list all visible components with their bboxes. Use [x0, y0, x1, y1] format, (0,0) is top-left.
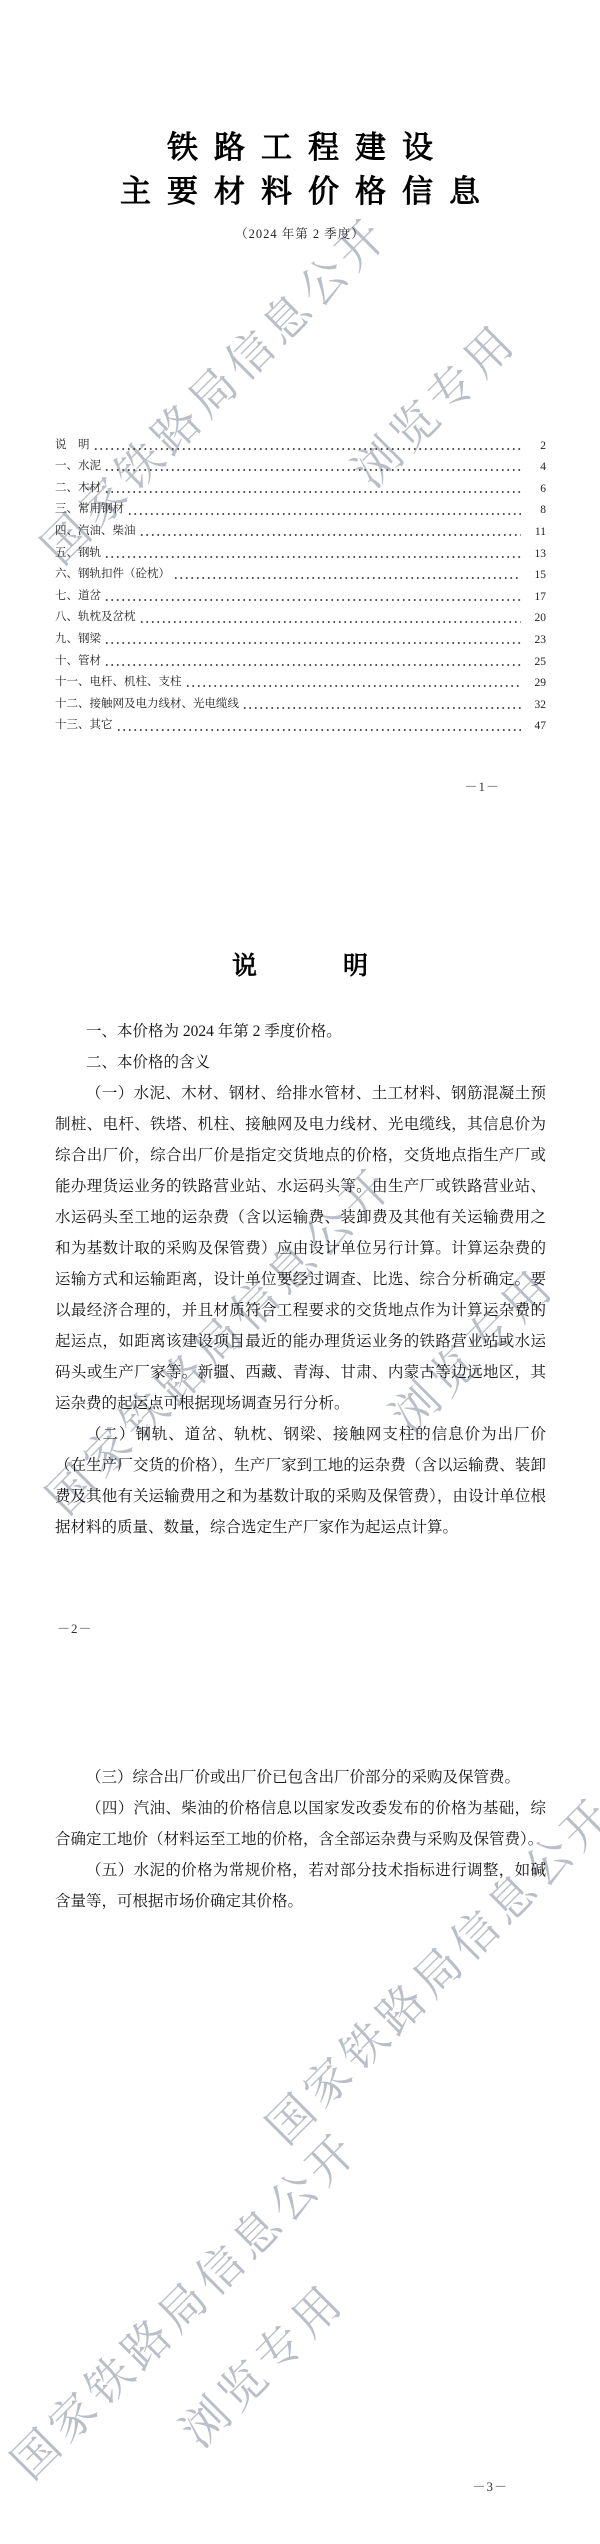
toc-leader-dots	[104, 550, 521, 562]
toc-leader-dots	[173, 572, 521, 584]
document-title-line-2: 主要材料价格信息	[0, 166, 600, 211]
toc-leader-dots	[127, 507, 521, 519]
toc-entry: 十、管材 25	[55, 648, 546, 670]
toc-entry-page-number: 6	[524, 483, 546, 497]
toc-entry-label: 五、钢轨	[55, 544, 101, 562]
toc-entry: 五、钢轨 13	[55, 540, 546, 562]
page-number-3: －3－	[472, 2476, 508, 2495]
toc-entry: 说 明 2	[55, 432, 546, 454]
toc-entry-label: 九、钢梁	[55, 630, 101, 648]
toc-entry: 三、常用钢材 8	[55, 497, 546, 519]
toc-entry-label: 十三、其它	[55, 716, 113, 734]
toc-entry: 二、木材 6	[55, 475, 546, 497]
toc-leader-dots	[242, 701, 521, 713]
toc-entry-page-number: 29	[524, 677, 546, 691]
toc-entry-page-number: 2	[524, 440, 546, 454]
toc-leader-dots	[104, 658, 521, 670]
document-subtitle: （2024 年第 2 季度）	[0, 224, 600, 242]
table-of-contents: 说 明 2 一、水泥 4 二、木材 6 三、常用钢材 8	[55, 432, 546, 734]
toc-entry-label: 四、汽油、柴油	[55, 522, 136, 540]
notes-paragraph: （二）钢轨、道岔、轨枕、钢梁、接触网支柱的信息价为出厂价（在生产厂交货的价格），…	[55, 1419, 546, 1543]
toc-entry-page-number: 20	[524, 612, 546, 626]
notes-body-page-2: 一、本价格为 2024 年第 2 季度价格。 二、本价格的含义 （一）水泥、木材…	[55, 1016, 546, 1543]
toc-leader-dots	[139, 528, 522, 540]
page-number-2: －2－	[57, 1618, 93, 1637]
toc-entry-label: 二、木材	[55, 479, 101, 497]
toc-entry-label: 一、水泥	[55, 457, 101, 475]
notes-paragraph: 二、本价格的含义	[55, 1047, 546, 1078]
toc-entry-page-number: 32	[524, 699, 546, 713]
toc-entry-label: 十一、电杆、机柱、支柱	[55, 673, 182, 691]
toc-leader-dots	[116, 723, 522, 735]
toc-entry-label: 六、钢轨扣件（砼枕）	[55, 565, 170, 583]
toc-leader-dots	[185, 680, 522, 692]
toc-entry-page-number: 17	[524, 591, 546, 605]
document-title-line-1: 铁路工程建设	[0, 122, 600, 167]
toc-entry-page-number: 4	[524, 461, 546, 475]
toc-entry-page-number: 47	[524, 720, 546, 734]
toc-entry-label: 十二、接触网及电力线材、光电缆线	[55, 695, 239, 713]
notes-body-page-3: （三）综合出厂价或出厂价已包含出厂价部分的采购及保管费。 （四）汽油、柴油的价格…	[55, 1762, 546, 1917]
toc-entry: 四、汽油、柴油 11	[55, 518, 546, 540]
toc-leader-dots	[139, 615, 522, 627]
notes-paragraph: （一）水泥、木材、钢材、给排水管材、土工材料、钢筋混凝土预制桩、电杆、铁塔、机柱…	[55, 1078, 546, 1419]
toc-entry-page-number: 23	[524, 634, 546, 648]
toc-entry-label: 十、管材	[55, 652, 101, 670]
toc-leader-dots	[93, 442, 522, 454]
toc-entry-page-number: 15	[524, 569, 546, 583]
toc-entry-label: 八、轨枕及岔枕	[55, 608, 136, 626]
toc-entry-label: 说 明	[55, 436, 90, 454]
toc-leader-dots	[104, 593, 521, 605]
toc-entry-label: 三、常用钢材	[55, 500, 124, 518]
toc-entry-page-number: 11	[524, 526, 546, 540]
toc-entry: 十一、电杆、机柱、支柱 29	[55, 670, 546, 692]
toc-leader-dots	[104, 464, 521, 476]
toc-entry: 十三、其它 47	[55, 713, 546, 735]
toc-entry-page-number: 13	[524, 548, 546, 562]
notes-paragraph: 一、本价格为 2024 年第 2 季度价格。	[55, 1016, 546, 1047]
toc-entry-label: 七、道岔	[55, 587, 101, 605]
toc-entry-page-number: 8	[524, 504, 546, 518]
toc-entry: 七、道岔 17	[55, 583, 546, 605]
toc-entry: 六、钢轨扣件（砼枕） 15	[55, 562, 546, 584]
toc-entry: 九、钢梁 23	[55, 626, 546, 648]
notes-heading: 说 明	[0, 946, 600, 982]
toc-entry-page-number: 25	[524, 656, 546, 670]
toc-leader-dots	[104, 636, 521, 648]
toc-entry: 八、轨枕及岔枕 20	[55, 605, 546, 627]
toc-entry: 一、水泥 4	[55, 454, 546, 476]
notes-paragraph: （五）水泥的价格为常规价格，若对部分技术指标进行调整，如碱含量等，可根据市场价确…	[55, 1855, 546, 1917]
notes-paragraph: （三）综合出厂价或出厂价已包含出厂价部分的采购及保管费。	[55, 1762, 546, 1793]
page-number-1: －1－	[464, 776, 500, 795]
toc-leader-dots	[104, 485, 521, 497]
notes-paragraph: （四）汽油、柴油的价格信息以国家发改委发布的价格为基础，综合确定工地价（材料运至…	[55, 1793, 546, 1855]
toc-entry: 十二、接触网及电力线材、光电缆线 32	[55, 691, 546, 713]
document-scroll-view: 国家铁路局信息公开 浏览专用 国家铁路局信息公开 浏览专用 国家铁路局信息公开 …	[0, 0, 600, 2544]
